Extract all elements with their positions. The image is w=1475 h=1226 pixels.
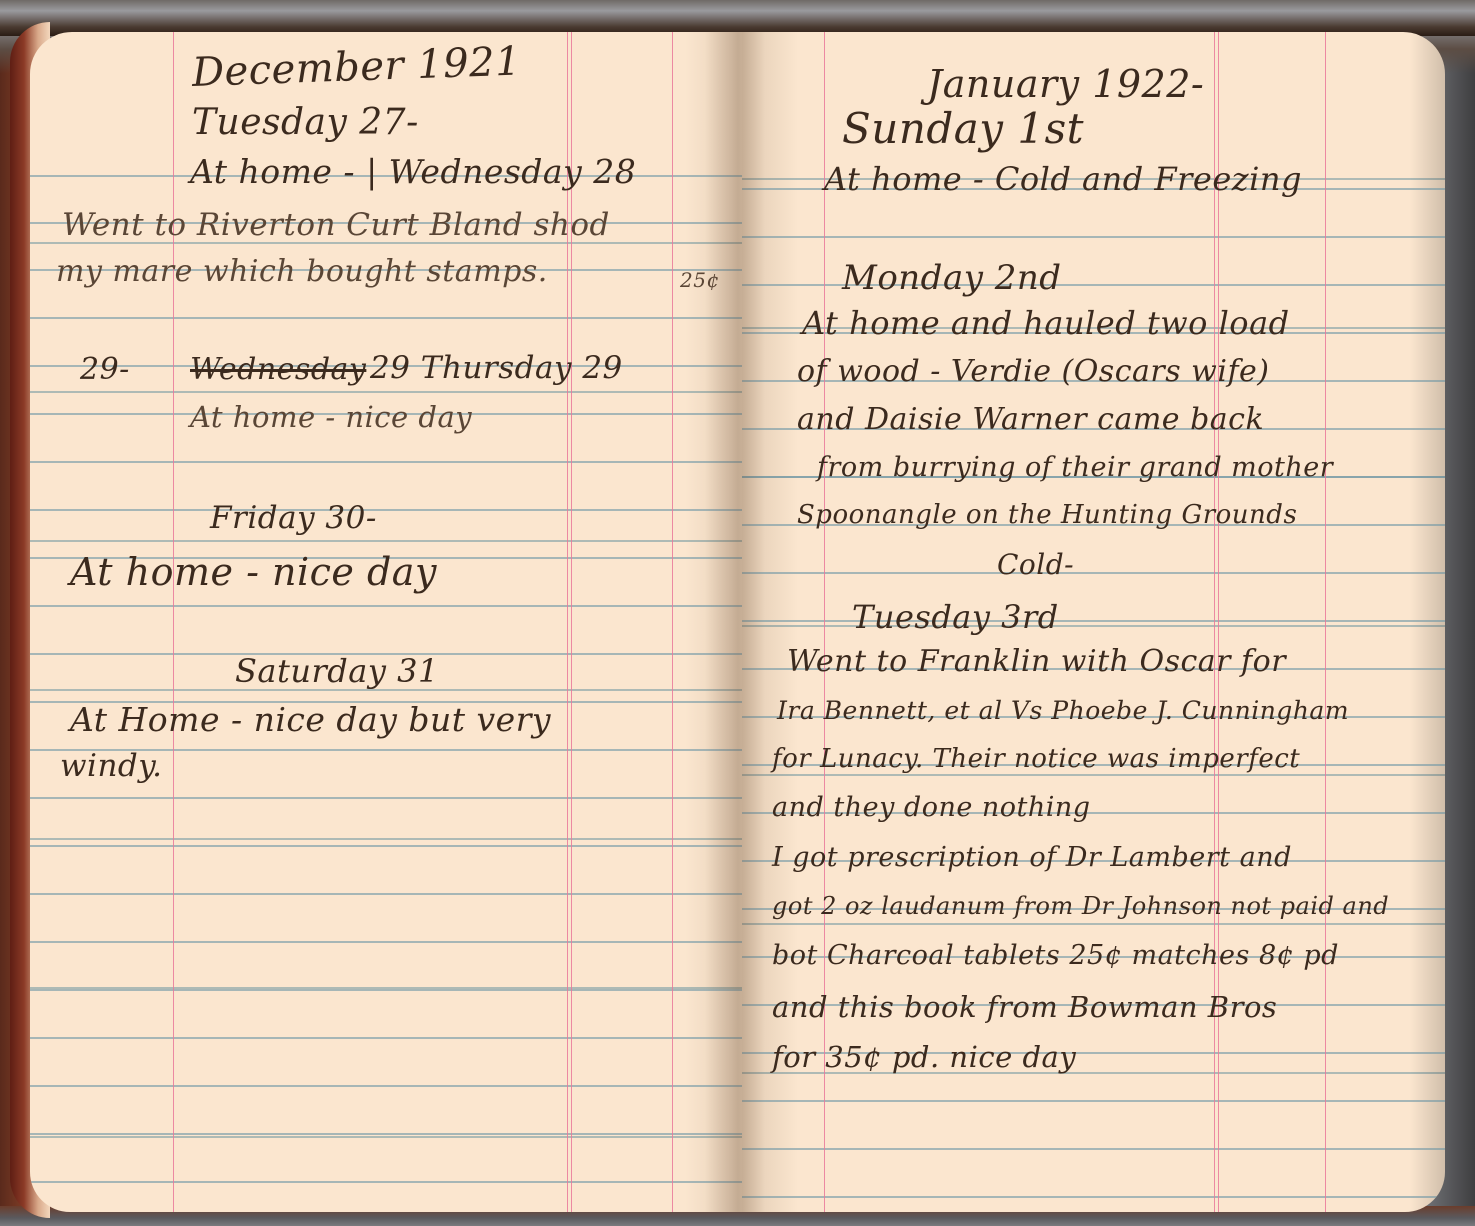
day-heading-saturday-31: Saturday 31 xyxy=(235,652,439,690)
entry-line: At home and hauled two load xyxy=(802,304,1290,342)
entry-line: for 35¢ pd. nice day xyxy=(772,1040,1076,1074)
right-page: January 1922- Sunday 1st At home - Cold … xyxy=(742,32,1445,1212)
entry-text: At home - nice day xyxy=(190,400,472,434)
day-heading-thursday-29: 29 Thursday 29 xyxy=(370,350,623,386)
column-rule xyxy=(1218,32,1219,1212)
entry-line: and this book from Bowman Bros xyxy=(772,990,1277,1024)
entry-text: At Home - nice day but very xyxy=(70,700,551,739)
entry-line: of wood - Verdie (Oscars wife) xyxy=(797,354,1270,389)
ruled-line xyxy=(30,605,742,607)
ruled-line xyxy=(742,1100,1445,1102)
entry-line: Cold- xyxy=(997,548,1074,581)
margin-number: 29- xyxy=(80,352,130,387)
column-rule-right xyxy=(672,32,673,1212)
column-rule xyxy=(1214,32,1215,1212)
entry-line: Ira Bennett, et al Vs Phoebe J. Cunningh… xyxy=(777,696,1349,725)
ruled-line xyxy=(30,1133,742,1135)
ruled-line xyxy=(742,1148,1445,1150)
ruled-line xyxy=(742,572,1445,574)
entry-line: I got prescription of Dr Lambert and xyxy=(772,842,1292,873)
day-heading-monday-2nd: Monday 2nd xyxy=(842,258,1062,298)
entry-text: At home - nice day xyxy=(70,550,437,594)
entry-text: At home - Cold and Freezing xyxy=(824,160,1302,198)
entry-line: from burrying of their grand mother xyxy=(817,452,1333,483)
ruled-line xyxy=(742,620,1445,622)
book-spine-top xyxy=(0,0,1475,36)
column-rule-right xyxy=(1325,32,1326,1212)
entry-line: bot Charcoal tablets 25¢ matches 8¢ pd xyxy=(772,940,1339,971)
ruled-line xyxy=(742,236,1445,238)
ruled-line xyxy=(30,317,742,319)
ruled-line xyxy=(30,989,742,991)
ruled-line xyxy=(30,1037,742,1039)
entry-line: for Lunacy. Their notice was imperfect xyxy=(772,744,1300,774)
day-heading-tuesday-27: Tuesday 27- xyxy=(192,102,419,143)
ruled-line xyxy=(30,893,742,895)
left-page: December 1921 Tuesday 27- At home - | We… xyxy=(30,32,742,1212)
entry-continuation: windy. xyxy=(60,748,163,784)
entry-line: and Daisie Warner came back xyxy=(797,402,1264,437)
month-heading: January 1922- xyxy=(927,62,1204,106)
entry-amount: 25¢ xyxy=(680,268,720,292)
ruled-line xyxy=(30,1085,742,1087)
month-heading: December 1921 xyxy=(191,39,522,96)
entry-text: At home - | Wednesday 28 xyxy=(190,152,636,191)
ruled-line xyxy=(30,797,742,799)
entry-line: and they done nothing xyxy=(772,792,1091,823)
entry-line: Went to Franklin with Oscar for xyxy=(787,644,1286,679)
ruled-line xyxy=(30,941,742,943)
entry-continuation: Went to Riverton Curt Bland shod xyxy=(62,207,610,243)
ruled-line xyxy=(30,845,742,847)
entry-line: got 2 oz laudanum from Dr Johnson not pa… xyxy=(772,892,1389,920)
ruled-line xyxy=(30,509,742,511)
ruled-line xyxy=(742,1196,1445,1198)
entry-line: Spoonangle on the Hunting Grounds xyxy=(797,500,1297,530)
entry-continuation: my mare which bought stamps. xyxy=(56,254,548,289)
ruled-line xyxy=(30,1181,742,1183)
day-heading-friday-30: Friday 30- xyxy=(210,500,377,536)
day-heading-tuesday-3rd: Tuesday 3rd xyxy=(852,598,1059,636)
day-heading-sunday-1st: Sunday 1st xyxy=(842,104,1084,153)
struck-day: Wednesday xyxy=(190,352,366,387)
ruled-line xyxy=(30,461,742,463)
margin-rule-left xyxy=(824,32,825,1212)
